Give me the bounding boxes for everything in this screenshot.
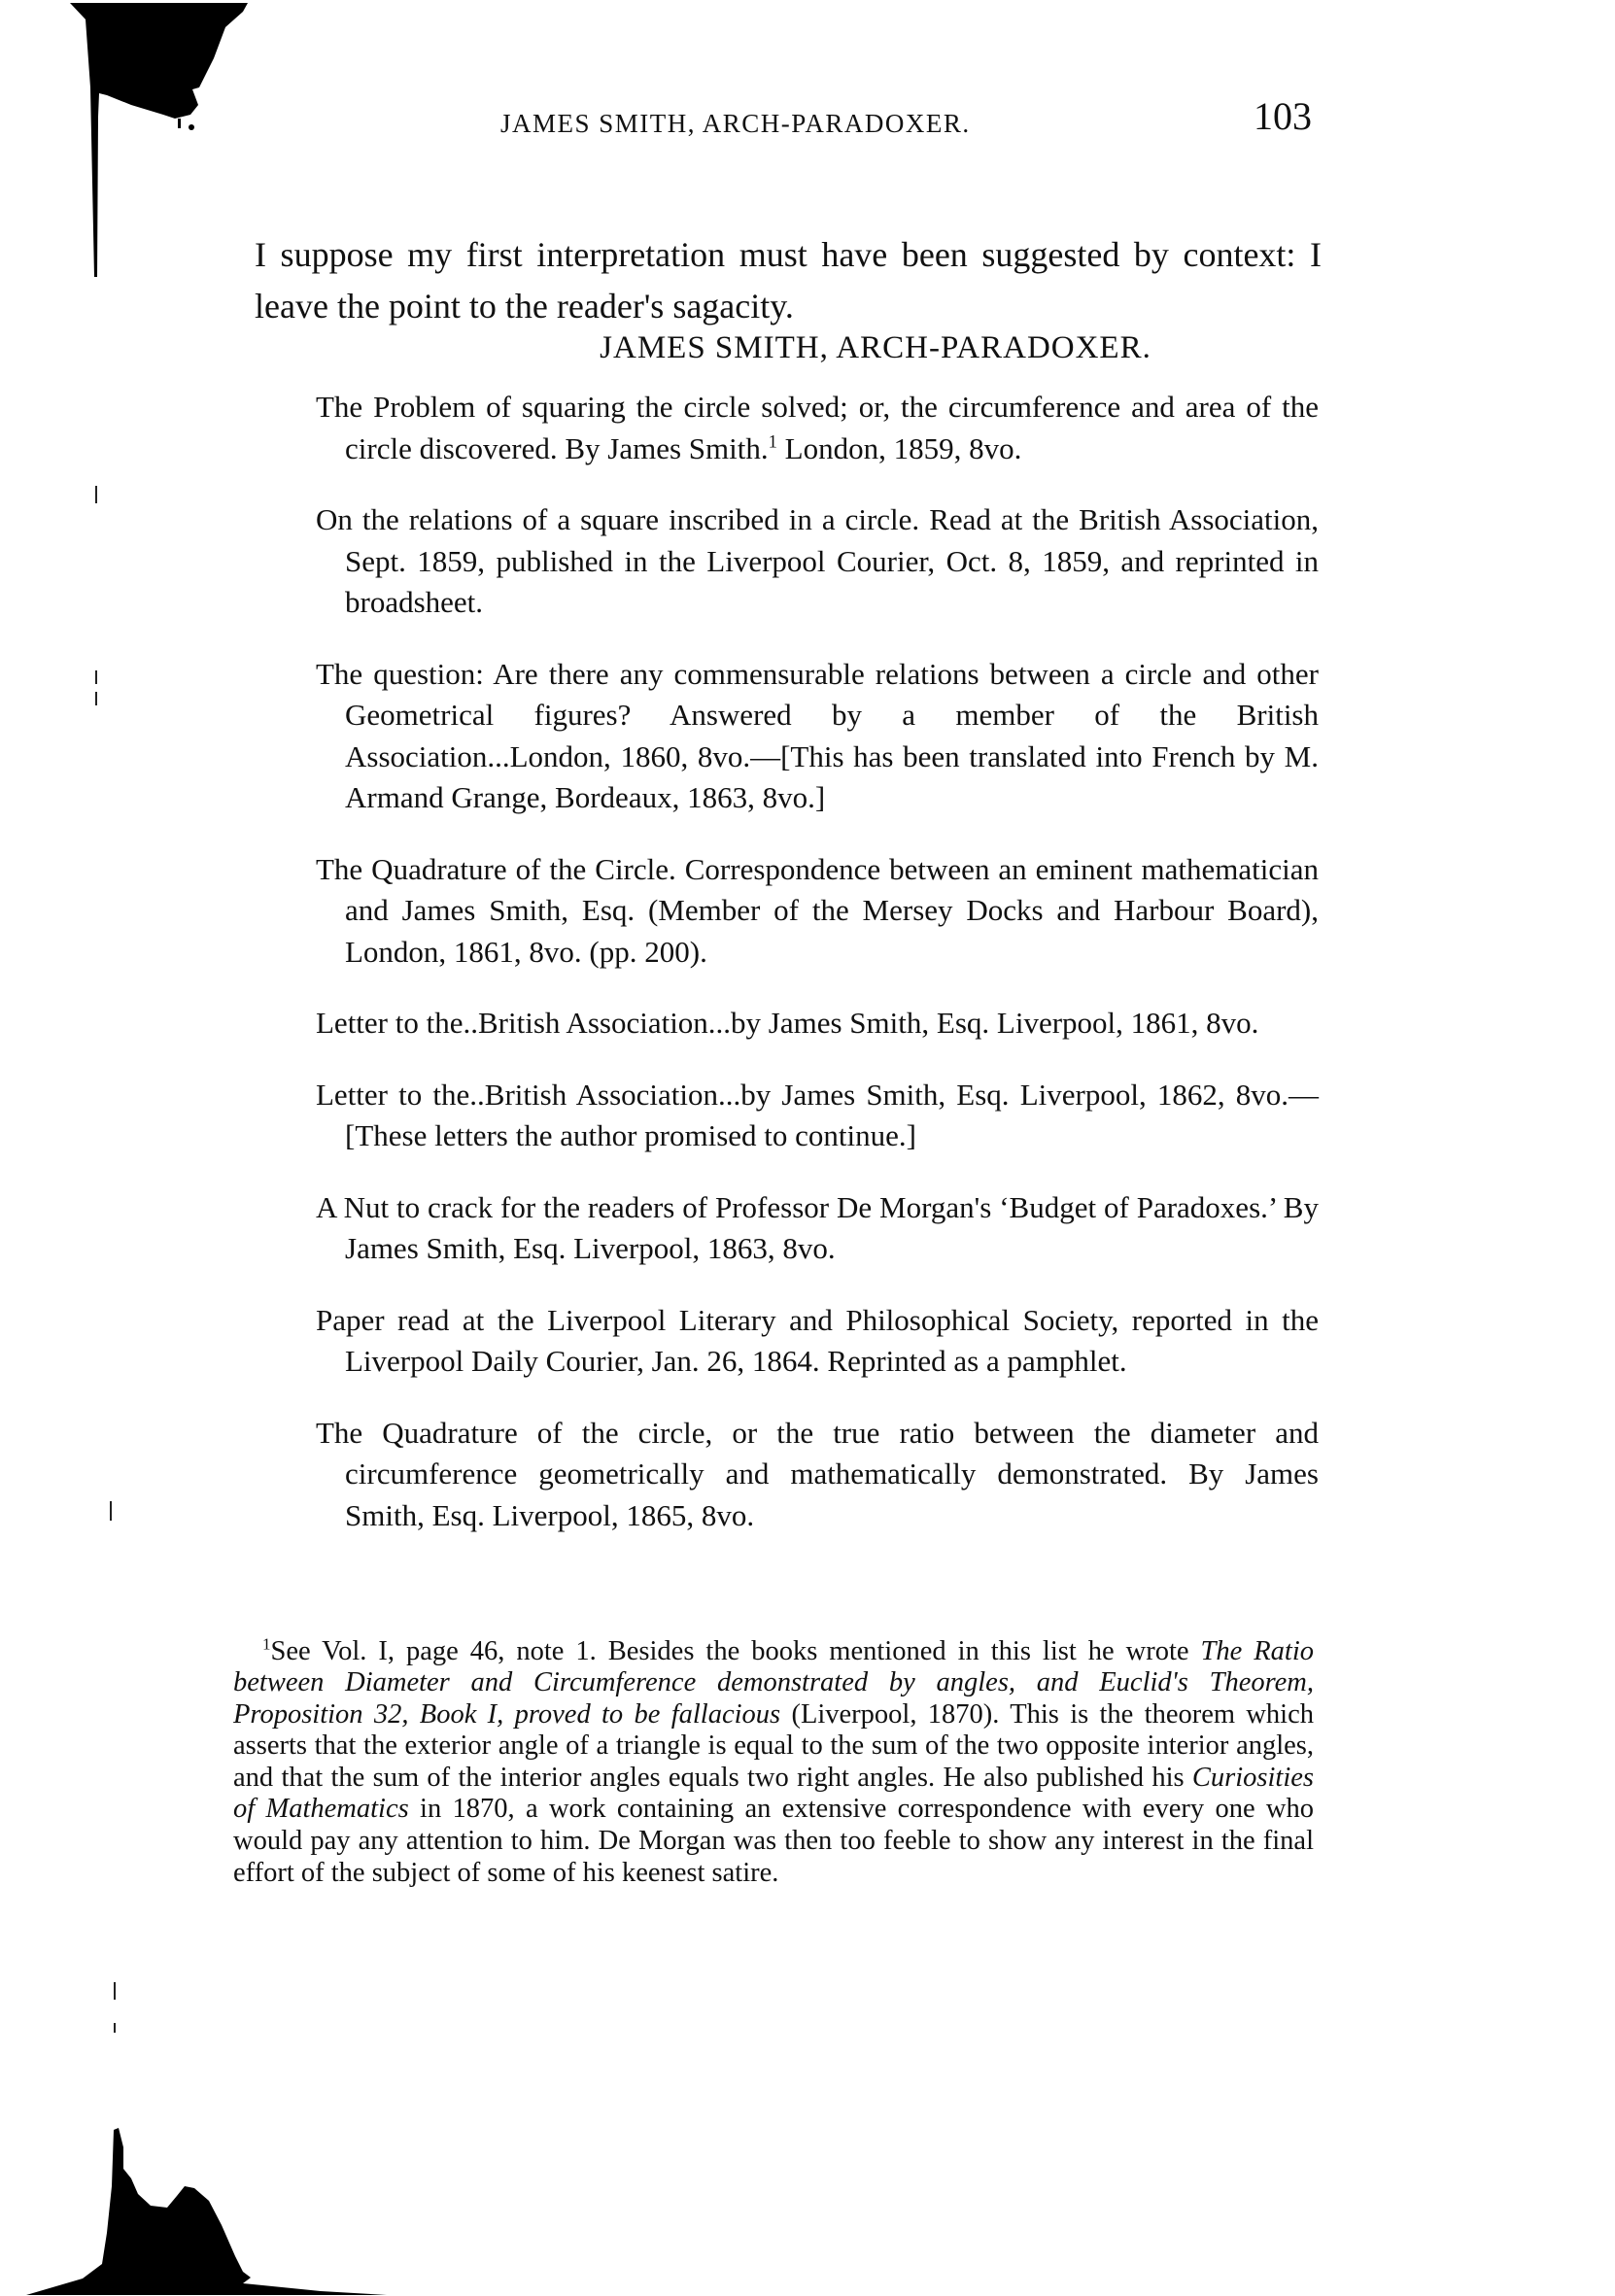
bibliography-entry: The Problem of squaring the circle solve… (316, 387, 1319, 469)
section-heading-text: JAMES SMITH, ARCH-PARADOXER. (600, 330, 1151, 366)
scan-shadow-bottom-left (0, 2118, 408, 2296)
bibliography-entry: The Quadrature of the Circle. Correspond… (316, 849, 1319, 974)
bibliography-list: The Problem of squaring the circle solve… (316, 387, 1319, 1545)
footnote-ref: 1 (769, 431, 777, 452)
intro-paragraph: I suppose my first interpretation must h… (255, 229, 1322, 332)
section-heading: JAMES SMITH, ARCH-PARADOXER. (0, 330, 1615, 366)
bibliography-entry: A Nut to crack for the readers of Profes… (316, 1187, 1319, 1270)
scan-tick (95, 486, 97, 503)
scan-shadow-top-left (0, 0, 253, 291)
page-number: 103 (1254, 93, 1312, 139)
running-header-title: JAMES SMITH, ARCH-PARADOXER. (500, 109, 971, 139)
scan-tick (114, 1982, 116, 2000)
bibliography-entry: The Quadrature of the circle, or the tru… (316, 1413, 1319, 1537)
scan-tick (110, 1501, 112, 1521)
bibliography-entry: The question: Are there any commensurabl… (316, 654, 1319, 819)
footnote-marker: 1 (262, 1634, 271, 1653)
bibliography-entry: Letter to the..British Association...by … (316, 1003, 1319, 1045)
bibliography-entry: Letter to the..British Association...by … (316, 1075, 1319, 1157)
scan-tick (114, 2023, 116, 2033)
scan-tick (95, 692, 97, 705)
footnote: 1See Vol. I, page 46, note 1. Besides th… (233, 1636, 1314, 1890)
bibliography-entry: Paper read at the Liverpool Literary and… (316, 1300, 1319, 1383)
scan-tick (95, 670, 97, 684)
bibliography-entry: On the relations of a square inscribed i… (316, 499, 1319, 624)
